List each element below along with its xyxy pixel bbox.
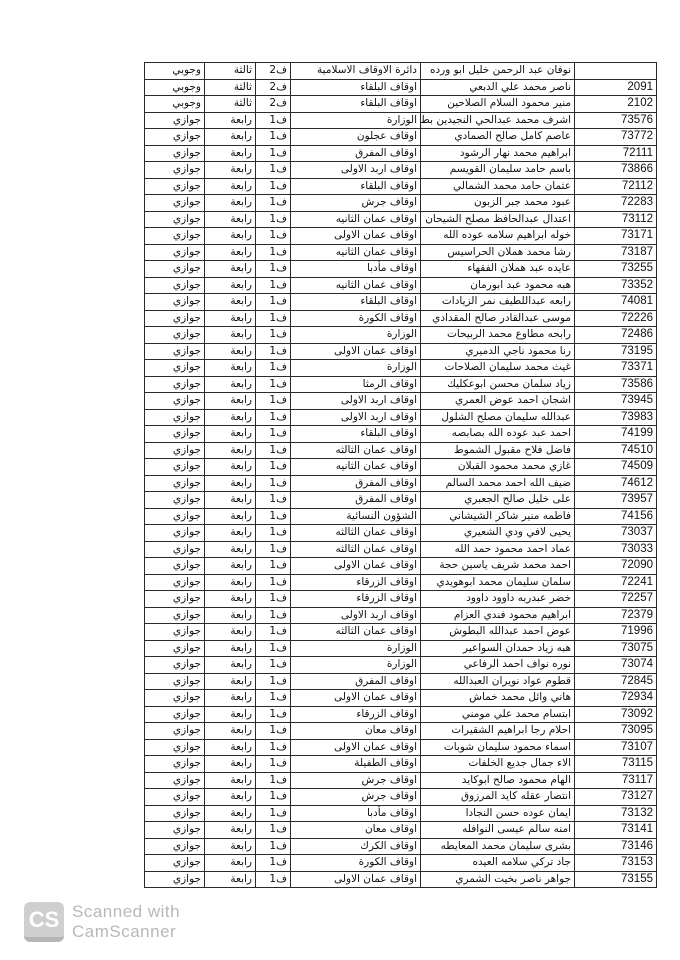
category-cell: ف1 <box>256 574 291 591</box>
department-cell: اوقاف البلقاء <box>291 426 421 443</box>
employee-id-cell: 74509 <box>575 459 657 476</box>
employment-type-cell: جوازي <box>145 178 205 195</box>
employee-name-cell: عماد احمد محمود حمد الله <box>421 541 575 558</box>
employee-name-cell: ضيف الله احمد محمد السالم <box>421 475 575 492</box>
watermark-text: Scanned with CamScanner <box>72 902 180 942</box>
employment-type-cell: جوازي <box>145 426 205 443</box>
employment-type-cell: جوازي <box>145 393 205 410</box>
category-cell: ف1 <box>256 310 291 327</box>
employee-name-cell: غيث محمد سليمان الصلاحات <box>421 360 575 377</box>
table-row: جوازيرابعةف1الشؤون النسائيةفاطمه منير شا… <box>145 508 657 525</box>
employee-name-cell: جواهر ناصر بخيت الشمري <box>421 871 575 888</box>
employee-roster-table: وجوبيثالثةف2دائرة الاوقاف الاسلاميةنوفان… <box>144 62 657 888</box>
employee-id-cell: 73075 <box>575 640 657 657</box>
table-row: جوازيرابعةف1الوزارةرابحه مطاوع محمد الرب… <box>145 327 657 344</box>
employment-type-cell: جوازي <box>145 871 205 888</box>
employee-name-cell: ايمان عوده حسن النجادا <box>421 805 575 822</box>
grade-cell: رابعة <box>205 393 256 410</box>
employee-id-cell: 73095 <box>575 723 657 740</box>
employment-type-cell: جوازي <box>145 294 205 311</box>
table-row: جوازيرابعةف1اوقاف الزرقاءخضر عبدربه داوو… <box>145 591 657 608</box>
employee-id-cell: 73115 <box>575 756 657 773</box>
table-row: جوازيرابعةف1اوقاف الزرقاءسلمان سليمان مح… <box>145 574 657 591</box>
grade-cell: رابعة <box>205 657 256 674</box>
employee-id-cell: 73195 <box>575 343 657 360</box>
department-cell: اوقاف المفرق <box>291 673 421 690</box>
employment-type-cell: جوازي <box>145 492 205 509</box>
grade-cell: رابعة <box>205 607 256 624</box>
table-row: جوازيرابعةف1اوقاف مأدباايمان عوده حسن ال… <box>145 805 657 822</box>
employee-name-cell: ابراهيم محمود فندي العزام <box>421 607 575 624</box>
category-cell: ف1 <box>256 442 291 459</box>
grade-cell: رابعة <box>205 426 256 443</box>
category-cell: ف1 <box>256 706 291 723</box>
employee-name-cell: احمد عبد عوده الله بصابصه <box>421 426 575 443</box>
employee-id-cell: 72111 <box>575 145 657 162</box>
table-row: جوازيرابعةف1اوقاف عمان الثالثهعوض احمد ع… <box>145 624 657 641</box>
table-row: جوازيرابعةف1اوقاف عمان الثالثهعماد احمد … <box>145 541 657 558</box>
category-cell: ف1 <box>256 244 291 261</box>
department-cell: اوقاف المفرق <box>291 492 421 509</box>
grade-cell: رابعة <box>205 624 256 641</box>
employee-name-cell: ابراهيم محمد نهار الرشود <box>421 145 575 162</box>
employee-name-cell: رابحه مطاوع محمد الربيحات <box>421 327 575 344</box>
employee-name-cell: خضر عبدربه داوود داوود <box>421 591 575 608</box>
category-cell: ف1 <box>256 145 291 162</box>
employment-type-cell: جوازي <box>145 145 205 162</box>
employment-type-cell: جوازي <box>145 789 205 806</box>
category-cell: ف1 <box>256 178 291 195</box>
department-cell: الوزارة <box>291 327 421 344</box>
employment-type-cell: جوازي <box>145 591 205 608</box>
department-cell: اوقاف عمان الثالثه <box>291 442 421 459</box>
table-row: جوازيرابعةف1اوقاف عمان الاولىجواهر ناصر … <box>145 871 657 888</box>
grade-cell: رابعة <box>205 178 256 195</box>
department-cell: اوقاف عمان الثانيه <box>291 277 421 294</box>
grade-cell: رابعة <box>205 541 256 558</box>
grade-cell: رابعة <box>205 789 256 806</box>
category-cell: ف1 <box>256 277 291 294</box>
employee-id-cell: 72090 <box>575 558 657 575</box>
grade-cell: رابعة <box>205 525 256 542</box>
grade-cell: رابعة <box>205 343 256 360</box>
table-row: جوازيرابعةف1اوقاف اربد الاولىعبدالله سلي… <box>145 409 657 426</box>
employment-type-cell: جوازي <box>145 195 205 212</box>
employee-id-cell: 72257 <box>575 591 657 608</box>
department-cell: اوقاف جرش <box>291 772 421 789</box>
table-row: جوازيرابعةف1اوقاف معانامنه سالم عيسى الن… <box>145 822 657 839</box>
table-row: جوازيرابعةف1اوقاف عمان الاولىاحمد محمد ش… <box>145 558 657 575</box>
grade-cell: رابعة <box>205 409 256 426</box>
employee-id-cell: 72486 <box>575 327 657 344</box>
category-cell: ف1 <box>256 624 291 641</box>
employee-id-cell: 2102 <box>575 96 657 113</box>
department-cell: اوقاف الزرقاء <box>291 574 421 591</box>
category-cell: ف1 <box>256 261 291 278</box>
table-row: جوازيرابعةف1اوقاف عمان الثانيهرشا محمد ه… <box>145 244 657 261</box>
table-row: جوازيرابعةف1اوقاف عمان الثالثهفاضل فلاح … <box>145 442 657 459</box>
employment-type-cell: جوازي <box>145 822 205 839</box>
grade-cell: رابعة <box>205 376 256 393</box>
table-row: جوازيرابعةف1اوقاف الطفيلةالاء جمال جديع … <box>145 756 657 773</box>
category-cell: ف1 <box>256 673 291 690</box>
table-row: جوازيرابعةف1اوقاف المفرقضيف الله احمد مح… <box>145 475 657 492</box>
employee-id-cell: 71996 <box>575 624 657 641</box>
department-cell: اوقاف اربد الاولى <box>291 393 421 410</box>
employee-name-cell: امنه سالم عيسى النوافله <box>421 822 575 839</box>
employee-id-cell: 72845 <box>575 673 657 690</box>
department-cell: اوقاف عمان الاولى <box>291 690 421 707</box>
category-cell: ف1 <box>256 607 291 624</box>
table-row: جوازيرابعةف1اوقاف الكورةجاد تركي سلامه ا… <box>145 855 657 872</box>
employee-name-cell: سلمان سليمان محمد ابوهويدي <box>421 574 575 591</box>
table-row: وجوبيثالثةف2اوقاف البلقاءمنير محمود السل… <box>145 96 657 113</box>
employee-name-cell: انتصار عقله كايد المرزوق <box>421 789 575 806</box>
category-cell: ف1 <box>256 558 291 575</box>
employee-name-cell: فاضل فلاح مقبول الشموط <box>421 442 575 459</box>
employee-name-cell: باسم حامد سليمان القويسم <box>421 162 575 179</box>
department-cell: اوقاف الكرك <box>291 838 421 855</box>
table-row: جوازيرابعةف1الوزارةغيث محمد سليمان الصلا… <box>145 360 657 377</box>
grade-cell: رابعة <box>205 508 256 525</box>
employee-id-cell: 73371 <box>575 360 657 377</box>
department-cell: اوقاف عمان الاولى <box>291 739 421 756</box>
category-cell: ف1 <box>256 789 291 806</box>
scanned-document-page: وجوبيثالثةف2دائرة الاوقاف الاسلاميةنوفان… <box>144 62 650 888</box>
grade-cell: رابعة <box>205 228 256 245</box>
employee-id-cell: 73117 <box>575 772 657 789</box>
employment-type-cell: جوازي <box>145 624 205 641</box>
employment-type-cell: وجوبي <box>145 79 205 96</box>
category-cell: ف1 <box>256 393 291 410</box>
employment-type-cell: وجوبي <box>145 63 205 80</box>
grade-cell: رابعة <box>205 162 256 179</box>
table-row: جوازيرابعةف1اوقاف عمان الاولىرنا محمود ن… <box>145 343 657 360</box>
employment-type-cell: جوازي <box>145 756 205 773</box>
employee-id-cell: 74081 <box>575 294 657 311</box>
employee-name-cell: عوض احمد عبدالله البطوش <box>421 624 575 641</box>
employee-name-cell: رشا محمد هملان الحراسيس <box>421 244 575 261</box>
department-cell: الوزارة <box>291 360 421 377</box>
category-cell: ف1 <box>256 211 291 228</box>
category-cell: ف2 <box>256 96 291 113</box>
table-row: جوازيرابعةف1اوقاف جرشعبود محمد جبر الزبو… <box>145 195 657 212</box>
category-cell: ف1 <box>256 343 291 360</box>
department-cell: اوقاف المفرق <box>291 145 421 162</box>
employee-id-cell: 74199 <box>575 426 657 443</box>
category-cell: ف1 <box>256 739 291 756</box>
department-cell: دائرة الاوقاف الاسلامية <box>291 63 421 80</box>
category-cell: ف1 <box>256 657 291 674</box>
employee-id-cell: 73772 <box>575 129 657 146</box>
employee-id-cell: 73866 <box>575 162 657 179</box>
department-cell: الوزارة <box>291 640 421 657</box>
table-row: وجوبيثالثةف2اوقاف البلقاءناصر محمد علي ا… <box>145 79 657 96</box>
employment-type-cell: جوازي <box>145 277 205 294</box>
employment-type-cell: جوازي <box>145 558 205 575</box>
category-cell: ف1 <box>256 541 291 558</box>
employee-name-cell: هاني وائل محمد خماش <box>421 690 575 707</box>
department-cell: اوقاف جرش <box>291 789 421 806</box>
employee-name-cell: هبه زياد حمدان السواعير <box>421 640 575 657</box>
grade-cell: رابعة <box>205 145 256 162</box>
employee-id-cell: 73945 <box>575 393 657 410</box>
table-row: جوازيرابعةف1اوقاف الزرقاءابتسام محمد علي… <box>145 706 657 723</box>
employee-id-cell: 73092 <box>575 706 657 723</box>
category-cell: ف1 <box>256 723 291 740</box>
department-cell: اوقاف عمان الثالثه <box>291 541 421 558</box>
employee-id-cell: 73112 <box>575 211 657 228</box>
employee-id-cell: 72112 <box>575 178 657 195</box>
grade-cell: رابعة <box>205 871 256 888</box>
category-cell: ف1 <box>256 756 291 773</box>
grade-cell: رابعة <box>205 558 256 575</box>
category-cell: ف1 <box>256 327 291 344</box>
category-cell: ف1 <box>256 871 291 888</box>
grade-cell: رابعة <box>205 195 256 212</box>
employment-type-cell: جوازي <box>145 690 205 707</box>
employee-name-cell: يحيى لافي ودي الشعيري <box>421 525 575 542</box>
department-cell: اوقاف اربد الاولى <box>291 162 421 179</box>
department-cell: اوقاف عمان الثانيه <box>291 211 421 228</box>
category-cell: ف1 <box>256 112 291 129</box>
employment-type-cell: جوازي <box>145 244 205 261</box>
table-row: جوازيرابعةف1اوقاف عمان الاولىهاني وائل م… <box>145 690 657 707</box>
table-row: جوازيرابعةف1اوقاف عمان الثالثهيحيى لافي … <box>145 525 657 542</box>
department-cell: اوقاف اربد الاولى <box>291 607 421 624</box>
grade-cell: رابعة <box>205 838 256 855</box>
category-cell: ف2 <box>256 79 291 96</box>
employment-type-cell: جوازي <box>145 723 205 740</box>
employee-name-cell: ابتسام محمد علي مومني <box>421 706 575 723</box>
department-cell: اوقاف عمان الثانيه <box>291 244 421 261</box>
employee-name-cell: على خليل صالح الجعبري <box>421 492 575 509</box>
department-cell: اوقاف عمان الاولى <box>291 871 421 888</box>
employee-id-cell: 72226 <box>575 310 657 327</box>
employee-name-cell: رابعه عبداللطيف نمر الزيادات <box>421 294 575 311</box>
department-cell: اوقاف الطفيلة <box>291 756 421 773</box>
category-cell: ف2 <box>256 63 291 80</box>
employment-type-cell: جوازي <box>145 261 205 278</box>
employment-type-cell: جوازي <box>145 508 205 525</box>
grade-cell: رابعة <box>205 261 256 278</box>
table-row: جوازيرابعةف1الوزارةهبه زياد حمدان السواع… <box>145 640 657 657</box>
department-cell: اوقاف عجلون <box>291 129 421 146</box>
department-cell: اوقاف البلقاء <box>291 178 421 195</box>
employee-name-cell: اعتدال عبدالحافظ مصلح الشيحان <box>421 211 575 228</box>
employee-name-cell: عثمان حامد محمد الشمالي <box>421 178 575 195</box>
department-cell: اوقاف عمان الاولى <box>291 228 421 245</box>
department-cell: اوقاف مأدبا <box>291 261 421 278</box>
department-cell: اوقاف اربد الاولى <box>291 409 421 426</box>
grade-cell: رابعة <box>205 574 256 591</box>
department-cell: اوقاف عمان الثالثه <box>291 525 421 542</box>
employee-name-cell: احلام رجا ابراهيم الشقيرات <box>421 723 575 740</box>
employee-name-cell: اسماء محمود سليمان شوبات <box>421 739 575 756</box>
grade-cell: رابعة <box>205 673 256 690</box>
grade-cell: رابعة <box>205 475 256 492</box>
department-cell: اوقاف البلقاء <box>291 294 421 311</box>
employee-id-cell: 72241 <box>575 574 657 591</box>
table-row: جوازيرابعةف1اوقاف المفرقابراهيم محمد نها… <box>145 145 657 162</box>
table-row: جوازيرابعةف1اوقاف عمان الثانيهغازي محمد … <box>145 459 657 476</box>
grade-cell: رابعة <box>205 327 256 344</box>
employee-name-cell: هبه محمود عبد ابورمان <box>421 277 575 294</box>
roster-body: وجوبيثالثةف2دائرة الاوقاف الاسلاميةنوفان… <box>145 63 657 888</box>
table-row: جوازيرابعةف1اوقاف الكورةموسى عبدالقادر ص… <box>145 310 657 327</box>
department-cell: اوقاف جرش <box>291 195 421 212</box>
category-cell: ف1 <box>256 805 291 822</box>
category-cell: ف1 <box>256 838 291 855</box>
grade-cell: ثالثة <box>205 63 256 80</box>
department-cell: اوقاف الكورة <box>291 855 421 872</box>
table-row: جوازيرابعةف1اوقاف عمان الاولىاسماء محمود… <box>145 739 657 756</box>
grade-cell: رابعة <box>205 739 256 756</box>
category-cell: ف1 <box>256 508 291 525</box>
grade-cell: ثالثة <box>205 96 256 113</box>
department-cell: اوقاف البلقاء <box>291 96 421 113</box>
employee-id-cell: 73037 <box>575 525 657 542</box>
grade-cell: رابعة <box>205 822 256 839</box>
employment-type-cell: جوازي <box>145 706 205 723</box>
camscanner-watermark: CS Scanned with CamScanner <box>24 902 180 942</box>
grade-cell: رابعة <box>205 805 256 822</box>
table-row: جوازيرابعةف1اوقاف عجلونعاصم كامل صالح ال… <box>145 129 657 146</box>
department-cell: اوقاف عمان الثانيه <box>291 459 421 476</box>
employee-id-cell: 73171 <box>575 228 657 245</box>
table-row: جوازيرابعةف1اوقاف عمان الثانيههبه محمود … <box>145 277 657 294</box>
employee-id-cell: 73146 <box>575 838 657 855</box>
grade-cell: رابعة <box>205 591 256 608</box>
employment-type-cell: جوازي <box>145 475 205 492</box>
grade-cell: رابعة <box>205 706 256 723</box>
table-row: جوازيرابعةف1اوقاف عمان الاولىخوله ابراهي… <box>145 228 657 245</box>
employment-type-cell: جوازي <box>145 772 205 789</box>
employee-name-cell: غازي محمد محمود القبلان <box>421 459 575 476</box>
table-row: جوازيرابعةف1اوقاف عمان الثانيهاعتدال عبد… <box>145 211 657 228</box>
employment-type-cell: جوازي <box>145 409 205 426</box>
employee-id-cell: 73127 <box>575 789 657 806</box>
table-row: جوازيرابعةف1اوقاف الرمثازياد سلمان محسن … <box>145 376 657 393</box>
employment-type-cell: جوازي <box>145 376 205 393</box>
employment-type-cell: جوازي <box>145 459 205 476</box>
department-cell: الوزارة <box>291 657 421 674</box>
employment-type-cell: جوازي <box>145 805 205 822</box>
grade-cell: رابعة <box>205 294 256 311</box>
grade-cell: رابعة <box>205 855 256 872</box>
employment-type-cell: جوازي <box>145 607 205 624</box>
department-cell: اوقاف معان <box>291 822 421 839</box>
grade-cell: رابعة <box>205 360 256 377</box>
table-row: جوازيرابعةف1اوقاف الكركبشرى سليمان محمد … <box>145 838 657 855</box>
employee-name-cell: منير محمود السلام الصلاحين <box>421 96 575 113</box>
employment-type-cell: جوازي <box>145 541 205 558</box>
category-cell: ف1 <box>256 492 291 509</box>
grade-cell: رابعة <box>205 723 256 740</box>
watermark-line-1: Scanned with <box>72 902 180 922</box>
employee-name-cell: نوفان عبد الرحمن خليل ابو ورده <box>421 63 575 80</box>
employee-id-cell: 73033 <box>575 541 657 558</box>
employee-name-cell: عبود محمد جبر الزبون <box>421 195 575 212</box>
employee-name-cell: عاصم كامل صالح الصمادي <box>421 129 575 146</box>
employee-id-cell: 73107 <box>575 739 657 756</box>
table-row: جوازيرابعةف1اوقاف مأدباعايده عبد هملان ا… <box>145 261 657 278</box>
employee-id-cell: 74156 <box>575 508 657 525</box>
employment-type-cell: جوازي <box>145 112 205 129</box>
employee-name-cell: بشرى سليمان محمد المعايطه <box>421 838 575 855</box>
employee-name-cell: ناصر محمد علي الدبعي <box>421 79 575 96</box>
grade-cell: رابعة <box>205 640 256 657</box>
department-cell: اوقاف المفرق <box>291 475 421 492</box>
table-row: جوازيرابعةف1اوقاف اربد الاولىباسم حامد س… <box>145 162 657 179</box>
employment-type-cell: وجوبي <box>145 96 205 113</box>
table-row: جوازيرابعةف1اوقاف المفرقعلى خليل صالح ال… <box>145 492 657 509</box>
table-row: جوازيرابعةف1اوقاف البلقاءاحمد عبد عوده ا… <box>145 426 657 443</box>
employment-type-cell: جوازي <box>145 657 205 674</box>
employment-type-cell: جوازي <box>145 360 205 377</box>
employment-type-cell: جوازي <box>145 525 205 542</box>
department-cell: اوقاف الزرقاء <box>291 591 421 608</box>
grade-cell: رابعة <box>205 112 256 129</box>
employment-type-cell: جوازي <box>145 162 205 179</box>
grade-cell: رابعة <box>205 129 256 146</box>
employee-id-cell: 73957 <box>575 492 657 509</box>
employment-type-cell: جوازي <box>145 310 205 327</box>
employee-id-cell: 74612 <box>575 475 657 492</box>
employee-name-cell: زياد سلمان محسن ابوعكليك <box>421 376 575 393</box>
employee-id-cell: 73187 <box>575 244 657 261</box>
employee-name-cell: عبدالله سليمان مصلح الشلول <box>421 409 575 426</box>
employee-name-cell: نوره نواف احمد الرفاعي <box>421 657 575 674</box>
grade-cell: رابعة <box>205 277 256 294</box>
category-cell: ف1 <box>256 129 291 146</box>
employment-type-cell: جوازي <box>145 442 205 459</box>
category-cell: ف1 <box>256 294 291 311</box>
category-cell: ف1 <box>256 360 291 377</box>
employee-id-cell: 73155 <box>575 871 657 888</box>
table-row: جوازيرابعةف1اوقاف اربد الاولىاشجان احمد … <box>145 393 657 410</box>
table-row: جوازيرابعةف1اوقاف اربد الاولىابراهيم محم… <box>145 607 657 624</box>
employment-type-cell: جوازي <box>145 574 205 591</box>
grade-cell: رابعة <box>205 211 256 228</box>
employee-name-cell: رنا محمود ناجي الدميري <box>421 343 575 360</box>
employee-id-cell <box>575 63 657 80</box>
category-cell: ف1 <box>256 822 291 839</box>
department-cell: اوقاف الكورة <box>291 310 421 327</box>
employee-id-cell: 72934 <box>575 690 657 707</box>
table-row: جوازيرابعةف1اوقاف جرشانتصار عقله كايد ال… <box>145 789 657 806</box>
employment-type-cell: جوازي <box>145 343 205 360</box>
table-row: جوازيرابعةف1اوقاف البلقاءرابعه عبداللطيف… <box>145 294 657 311</box>
department-cell: اوقاف معان <box>291 723 421 740</box>
employment-type-cell: جوازي <box>145 838 205 855</box>
department-cell: اوقاف الزرقاء <box>291 706 421 723</box>
department-cell: الوزارة <box>291 112 421 129</box>
table-row: جوازيرابعةف1اوقاف المفرققطوم عواد نويران… <box>145 673 657 690</box>
grade-cell: رابعة <box>205 442 256 459</box>
category-cell: ف1 <box>256 525 291 542</box>
employee-name-cell: موسى عبدالقادر صالح المقدادي <box>421 310 575 327</box>
category-cell: ف1 <box>256 376 291 393</box>
employee-id-cell: 73132 <box>575 805 657 822</box>
employee-id-cell: 73352 <box>575 277 657 294</box>
category-cell: ف1 <box>256 459 291 476</box>
department-cell: اوقاف عمان الثالثه <box>291 624 421 641</box>
department-cell: الشؤون النسائية <box>291 508 421 525</box>
employee-name-cell: قطوم عواد نويران العبدالله <box>421 673 575 690</box>
employment-type-cell: جوازي <box>145 739 205 756</box>
employee-name-cell: اشجان احمد عوض العمري <box>421 393 575 410</box>
